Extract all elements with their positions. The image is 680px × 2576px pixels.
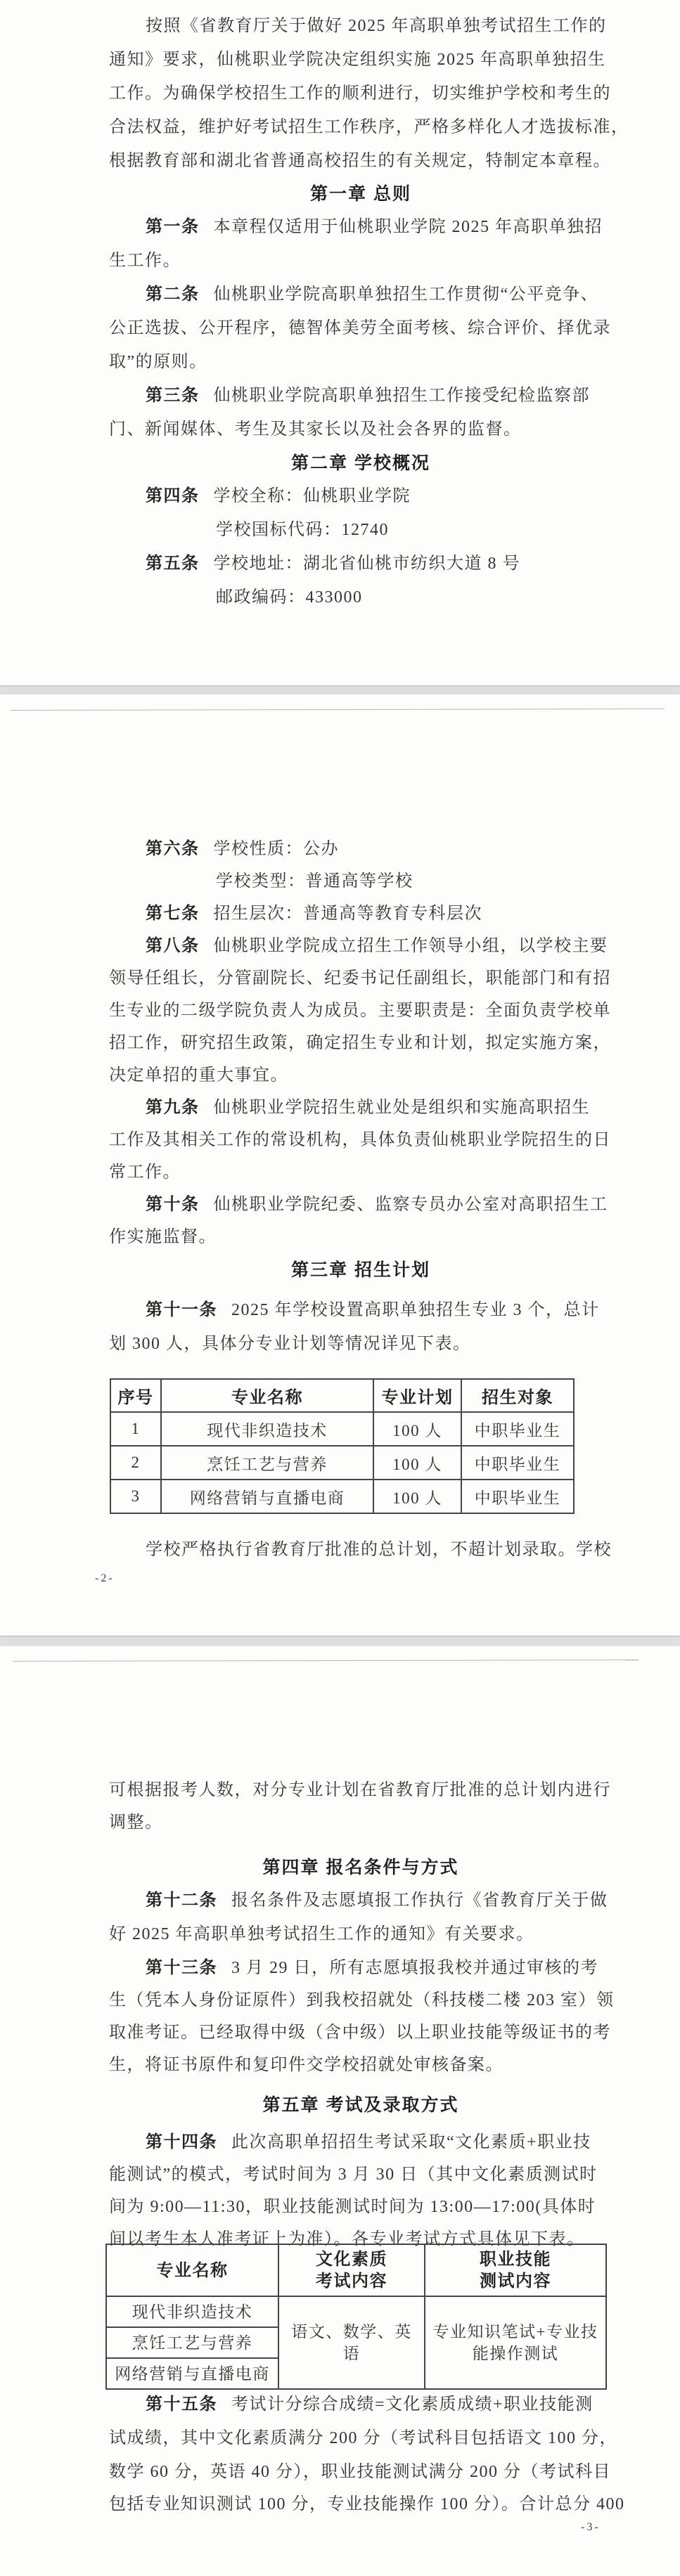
body-text: 根据教育部和湖北省普通高校招生的有关规定，特制定本章程。 [109,152,611,170]
article-label: 第七条 [146,904,200,923]
text-line: 学校类型：普通高等学校 [109,869,680,893]
document-page-3: 可根据报考人数，对分专业计划在省教育厅批准的总计划内进行 调整。 第四章 报名条… [0,1646,680,2576]
text-line: 门、新闻媒体、考生及其家长以及社会各界的监督。 [109,418,612,441]
table-header-cell: 专业名称 [161,1379,373,1412]
text-line: 作实施监督。 [109,1225,612,1249]
article-label: 第十三条 [146,1958,217,1977]
text-line: 第七条招生层次：普通高等教育专科层次 [109,902,649,926]
text-line: 生工作。 [109,249,612,273]
article-label: 第十条 [146,1195,200,1214]
text-line: 数学 60 分，英语 40 分），职业技能测试满分 200 分（考试科目 [109,2460,612,2484]
table-cell: 中职毕业生 [461,1480,574,1513]
body-text: 领导任组长，分管副院长、纪委书记任副组长，职能部门和有招 [109,969,611,988]
article-label: 第一条 [146,217,200,236]
body-text: 此次高职单招招生考试采取“文化素质+职业技 [231,2133,591,2151]
body-text: 学校全称：仙桃职业学院 [214,487,411,505]
table-cell: 烹饪工艺与营养 [161,1446,373,1480]
table-cell: 中职毕业生 [461,1446,574,1480]
body-text: 学校地址：湖北省仙桃市纺织大道 8 号 [214,555,521,573]
article-label: 第三条 [146,386,200,405]
body-text: 本章程仅适用于仙桃职业学院 2025 年高职单独招 [214,218,603,236]
article-label: 第五条 [146,554,200,573]
page-number-2: -2- [95,1571,115,1586]
body-text: 调整。 [109,1813,163,1832]
chapter-heading-2: 第二章 学校概况 [109,451,612,476]
article-label: 第十五条 [146,2395,217,2414]
text-line: 间为 9:00—11:30，职业技能测试时间为 13:00—17:00(具体时 [109,2195,612,2219]
body-text: 划 300 人，具体分专业计划等情况详见下表。 [109,1335,471,1353]
table-cell: 烹饪工艺与营养 [106,2327,278,2358]
document-viewer: { "colors": {"paper":"#fdfdfb","viewer_g… [0,0,680,2576]
table-row: 1 现代非织造技术 100 人 中职毕业生 [110,1412,574,1446]
body-text: 取”的原则。 [109,353,207,371]
chapter-heading-1: 第一章 总则 [109,181,612,207]
body-text: 生，将证书原件和复印件交学校招就处审核备案。 [109,2056,503,2074]
table-row: 2 烹饪工艺与营养 100 人 中职毕业生 [110,1446,574,1480]
text-line: 招工作，研究招生政策，确定招生专业和计划，拟定实施方案， [109,1031,612,1055]
text-line: 生专业的二级学院负责人为成员。主要职责是：全面负责学校单 [109,999,612,1023]
table-header-row: 序号 专业名称 专业计划 招生对象 [110,1379,574,1412]
text-line: 合法权益，维护好考试招生工作秩序，严格多样化人才选拔标准， [109,115,612,139]
text-line: 学校国标代码：12740 [109,518,680,542]
body-text: 生（凭本人身份证原件）到我校招就处（科技楼二楼 203 室）领 [109,1991,615,2009]
body-text: 工作。为确保学校招生工作的顺利进行，切实维护学校和考生的 [109,84,611,103]
text-line: 调整。 [109,1811,612,1834]
body-text: 学校严格执行省教育厅批准的总计划，不超计划录取。学校 [146,1541,612,1559]
table-header-row: 专业名称 文化素质 考试内容 职业技能 测试内容 [106,2244,606,2296]
table-header-cell: 职业技能 测试内容 [425,2244,606,2296]
body-text: 学校类型：普通高等学校 [216,872,413,891]
text-line: 第四条学校全称：仙桃职业学院 [109,484,649,508]
table-header-cell: 文化素质 考试内容 [278,2244,425,2296]
body-text: 仙桃职业学院纪委、监察专员办公室对高职招生工 [214,1196,608,1214]
text-line: 能测试”的模式，考试时间为 3 月 30 日（其中文化素质测试时 [109,2163,612,2187]
chapter-heading-4: 第四章 报名条件与方式 [109,1855,612,1880]
text-line: 第十条仙桃职业学院纪委、监察专员办公室对高职招生工 [109,1193,649,1217]
body-text: 考试计分综合成绩=文化素质成绩+职业技能测 [231,2395,594,2414]
body-text: 通知》要求，仙桃职业学院决定组织实施 2025 年高职单独招生 [109,51,606,69]
table-row: 现代非织造技术 语文、数学、英语 专业知识笔试+专业技能操作测试 [106,2296,606,2327]
body-text: 生专业的二级学院负责人为成员。主要职责是：全面负责学校单 [109,1002,611,1020]
table-header-cell: 序号 [110,1379,161,1412]
body-text: 招工作，研究招生政策，确定招生专业和计划，拟定实施方案， [109,1034,611,1052]
text-line: 公正选拔、公开程序，德智体美劳全面考核、综合评价、择优录 [109,316,612,340]
body-text: 仙桃职业学院高职单独招生工作贯彻“公平竞争、 [214,285,599,304]
body-text: 学校性质：公办 [214,840,340,858]
table-cell: 2 [110,1446,161,1480]
table-header-cell: 专业计划 [373,1379,461,1412]
article-label: 第六条 [146,839,200,858]
text-line: 常工作。 [109,1160,612,1184]
table-cell: 100 人 [373,1480,461,1513]
body-text: 学校国标代码：12740 [216,521,389,539]
text-line: 可根据报考人数，对分专业计划在省教育厅批准的总计划内进行 [109,1778,612,1802]
text-line: 学校严格执行省教育厅批准的总计划，不超计划录取。学校 [109,1538,649,1562]
text-line: 包括专业知识测试 100 分，专业技能操作 100 分）。合计总分 400 [109,2492,612,2516]
table-cell: 100 人 [373,1412,461,1446]
text-line: 好 2025 年高职单独考试招生工作的通知》有关要求。 [109,1922,612,1946]
body-text: 数学 60 分，英语 40 分），职业技能测试满分 200 分（考试科目 [109,2463,611,2481]
table-cell: 网络营销与直播电商 [161,1480,373,1513]
text-line: 根据教育部和湖北省普通高校招生的有关规定，特制定本章程。 [109,149,612,173]
table-cell-skill-content: 专业知识笔试+专业技能操作测试 [425,2296,606,2389]
body-text: 仙桃职业学院高职单独招生工作接受纪检监察部 [214,387,591,405]
body-text: 常工作。 [109,1163,181,1182]
text-line: 第十四条此次高职单招招生考试采取“文化素质+职业技 [109,2130,649,2154]
body-text: 可根据报考人数，对分专业计划在省教育厅批准的总计划内进行 [109,1781,611,1799]
body-text: 仙桃职业学院招生就业处是组织和实施高职招生 [214,1099,591,1117]
text-line: 决定单招的重大事宜。 [109,1063,612,1087]
text-line: 按照《省教育厅关于做好 2025 年高职单独考试招生工作的 [109,14,649,38]
body-text: 取准考证。已经取得中级（含中级）以上职业技能等级证书的考 [109,2024,611,2042]
text-line: 第五条学校地址：湖北省仙桃市纺织大道 8 号 [109,552,649,576]
text-line: 第一条本章程仅适用于仙桃职业学院 2025 年高职单独招 [109,215,649,239]
document-page-2: 第六条学校性质：公办 学校类型：普通高等学校 第七条招生层次：普通高等教育专科层… [0,694,680,1636]
chapter-heading-5: 第五章 考试及录取方式 [109,2092,612,2118]
chapter-heading-3: 第三章 招生计划 [109,1257,612,1283]
table-header-cell: 专业名称 [106,2244,278,2296]
text-line: 第二条仙桃职业学院高职单独招生工作贯彻“公平竞争、 [109,283,649,306]
enrollment-plan-table: 序号 专业名称 专业计划 招生对象 1 现代非织造技术 100 人 中职毕业生 … [110,1378,575,1514]
body-text: 招生层次：普通高等教育专科层次 [214,905,483,923]
text-line: 取准考证。已经取得中级（含中级）以上职业技能等级证书的考 [109,2021,612,2045]
text-line: 第十一条2025 年学校设置高职单独招生专业 3 个，总计 [109,1298,649,1322]
body-text: 试成绩，其中文化素质满分 200 分（考试科目包括语文 100 分， [109,2429,617,2447]
article-label: 第四条 [146,486,200,505]
table-cell: 网络营销与直播电商 [106,2358,278,2389]
text-line: 取”的原则。 [109,350,612,374]
document-page-1: 按照《省教育厅关于做好 2025 年高职单独考试招生工作的 通知》要求，仙桃职业… [0,0,680,685]
article-label: 第九条 [146,1098,200,1117]
text-line: 领导任组长，分管副院长、纪委书记任副组长，职能部门和有招 [109,966,612,990]
body-text: 作实施监督。 [109,1228,217,1246]
table-row: 3 网络营销与直播电商 100 人 中职毕业生 [110,1480,574,1513]
page-edge-line [11,708,665,711]
body-text: 邮政编码：433000 [216,588,363,607]
article-label: 第八条 [146,936,200,955]
body-text: 报名条件及志愿填报工作执行《省教育厅关于做 [231,1891,608,1910]
body-text: 合法权益，维护好考试招生工作秩序，严格多样化人才选拔标准， [109,118,629,136]
text-line: 生，将证书原件和复印件交学校招就处审核备案。 [109,2053,612,2077]
article-label: 第十一条 [146,1300,217,1319]
page-number-3: -3- [581,2520,601,2535]
body-text: 工作及其相关工作的常设机构，具体负责仙桃职业学院招生的日 [109,1131,611,1149]
body-text: 决定单招的重大事宜。 [109,1066,288,1085]
text-line: 第十五条考试计分综合成绩=文化素质成绩+职业技能测 [109,2393,649,2416]
text-line: 通知》要求，仙桃职业学院决定组织实施 2025 年高职单独招生 [109,48,612,72]
table-cell: 100 人 [373,1446,461,1480]
text-line: 工作及其相关工作的常设机构，具体负责仙桃职业学院招生的日 [109,1128,612,1152]
body-text: 生工作。 [109,252,181,270]
article-label: 第二条 [146,285,200,304]
text-line: 第三条仙桃职业学院高职单独招生工作接受纪检监察部 [109,384,649,408]
body-text: 仙桃职业学院成立招生工作领导小组，以学校主要 [214,937,608,955]
text-line: 划 300 人，具体分专业计划等情况详见下表。 [109,1332,612,1356]
article-label: 第十四条 [146,2132,217,2151]
text-line: 第九条仙桃职业学院招生就业处是组织和实施高职招生 [109,1096,649,1120]
body-text: 间为 9:00—11:30，职业技能测试时间为 13:00—17:00(具体时 [109,2198,596,2216]
table-cell: 中职毕业生 [461,1412,574,1446]
text-line: 第十三条3 月 29 日，所有志愿填报我校并通过审核的考 [109,1956,649,1980]
text-line: 第六条学校性质：公办 [109,837,649,861]
body-text: 好 2025 年高职单独考试招生工作的通知》有关要求。 [109,1925,534,1943]
page-edge-line [13,1659,639,1662]
body-text: 按照《省教育厅关于做好 2025 年高职单独考试招生工作的 [146,17,607,35]
body-text: 2025 年学校设置高职单独招生专业 3 个，总计 [231,1301,600,1319]
table-cell: 现代非织造技术 [161,1412,373,1446]
table-cell-culture-content: 语文、数学、英语 [278,2296,425,2389]
text-line: 邮政编码：433000 [109,585,680,609]
body-text: 公正选拔、公开程序，德智体美劳全面考核、综合评价、择优录 [109,319,611,337]
exam-content-table: 专业名称 文化素质 考试内容 职业技能 测试内容 现代非织造技术 语文、数学、英… [105,2244,607,2390]
text-line: 第十二条报名条件及志愿填报工作执行《省教育厅关于做 [109,1889,649,1912]
body-text: 3 月 29 日，所有志愿填报我校并通过审核的考 [231,1959,598,1977]
article-label: 第十二条 [146,1891,217,1910]
body-text: 包括专业知识测试 100 分，专业技能操作 100 分）。合计总分 400 [109,2495,625,2513]
table-header-cell: 招生对象 [461,1379,574,1412]
text-line: 生（凭本人身份证原件）到我校招就处（科技楼二楼 203 室）领 [109,1988,612,2012]
table-cell: 1 [110,1412,161,1446]
table-cell: 3 [110,1480,161,1513]
text-line: 工作。为确保学校招生工作的顺利进行，切实维护学校和考生的 [109,82,612,105]
table-cell: 现代非织造技术 [106,2296,278,2327]
body-text: 能测试”的模式，考试时间为 3 月 30 日（其中文化素质测试时 [109,2166,598,2184]
text-line: 第八条仙桃职业学院成立招生工作领导小组，以学校主要 [109,934,649,958]
text-line: 试成绩，其中文化素质满分 200 分（考试科目包括语文 100 分， [109,2426,612,2450]
body-text: 门、新闻媒体、考生及其家长以及社会各界的监督。 [109,420,522,439]
